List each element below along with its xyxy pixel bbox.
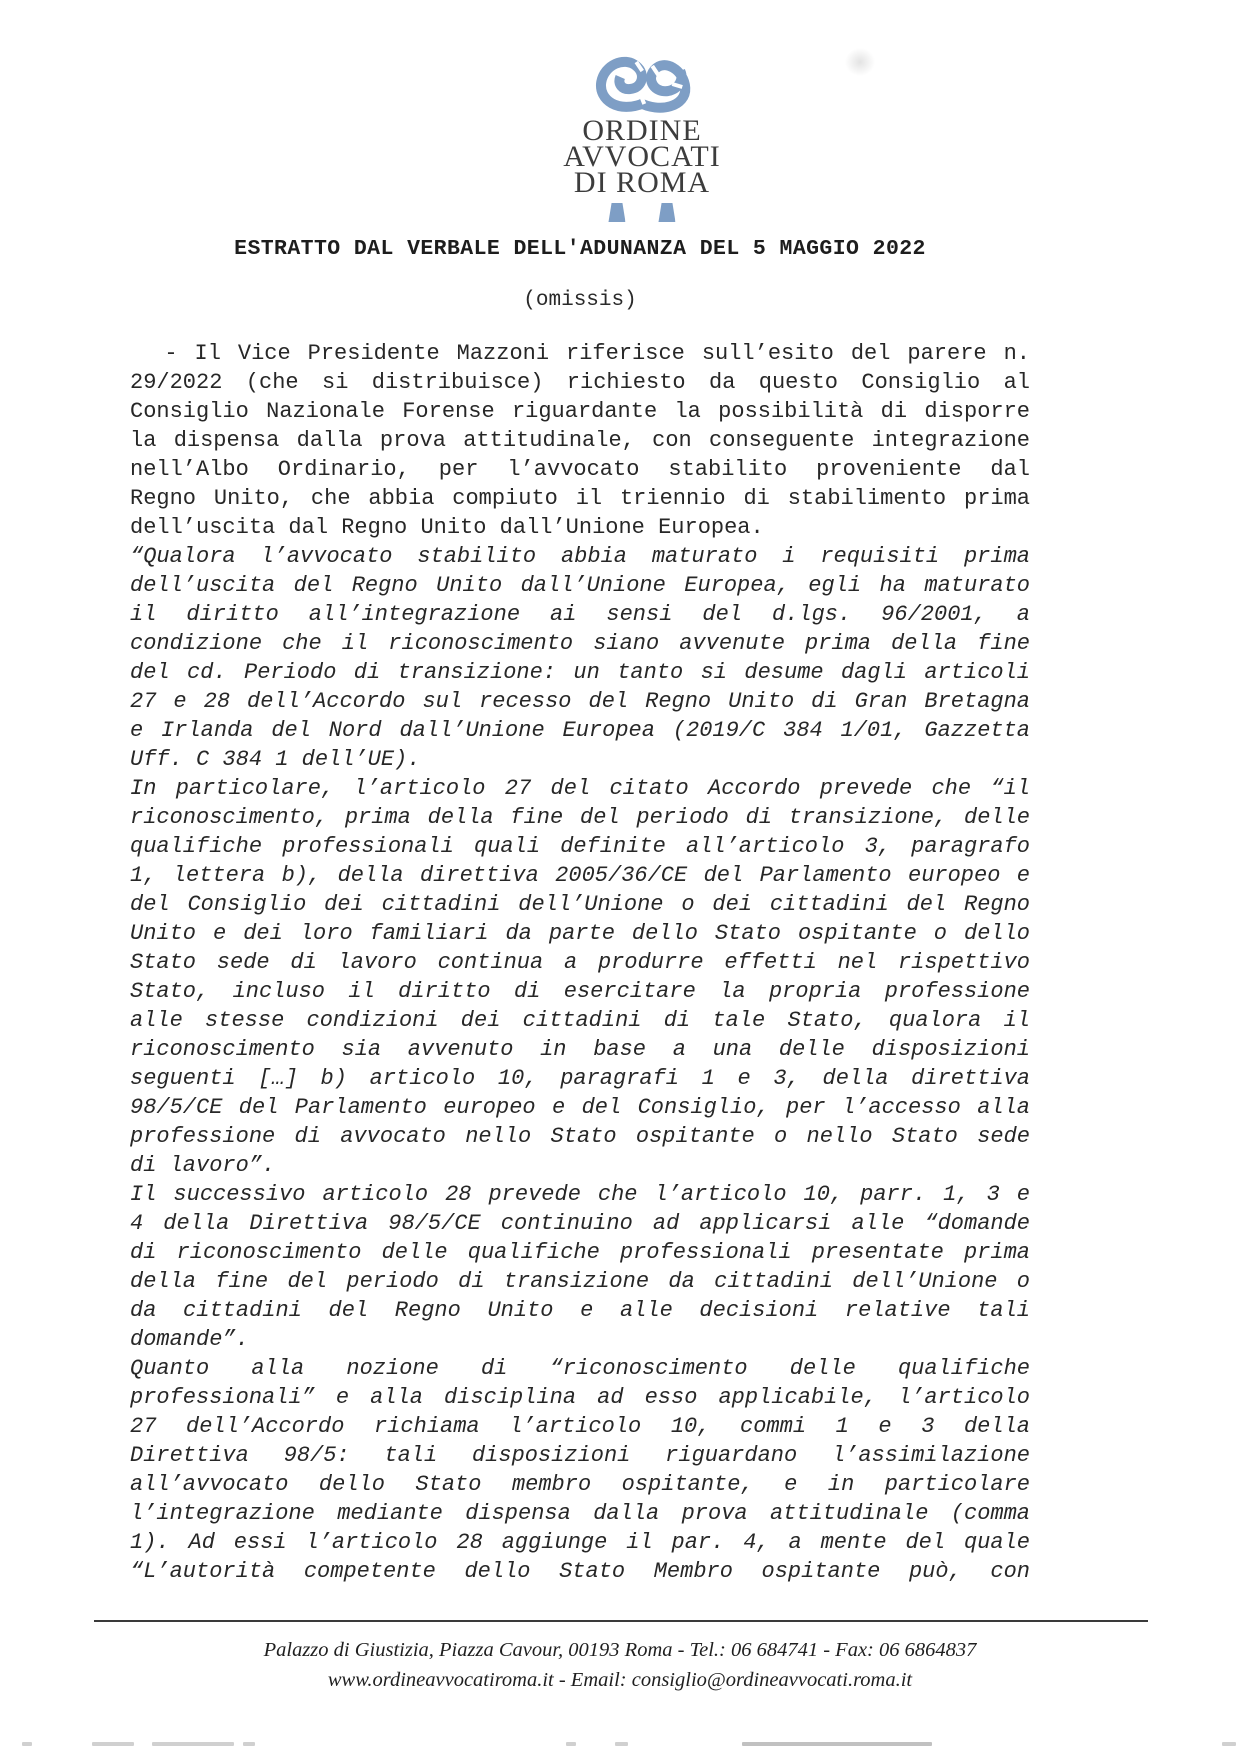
text-line: “Qualora l’avvocato stabilito abbia matu… [130,542,1030,571]
text-line: Stato sede di lavoro continua a produrre… [130,948,1030,977]
scan-artifact [22,1742,32,1746]
text-line: 4 della Direttiva 98/5/CE continuino ad … [130,1209,1030,1238]
text-line: Consiglio Nazionale Forense riguardante … [130,397,1030,426]
scan-artifact [1222,1742,1236,1746]
text-line: 27 dell’Accordo richiama l’articolo 10, … [130,1412,1030,1441]
text-line: alle stesse condizioni dei cittadini di … [130,1006,1030,1035]
text-line: 27 e 28 dell’Accordo sul recesso del Reg… [130,687,1030,716]
document-body: - Il Vice Presidente Mazzoni riferisce s… [130,339,1030,1586]
logo: ORDINE AVVOCATI DI ROMA [563,50,720,222]
text-line: dell’uscita del Regno Unito dall’Unione … [130,571,1030,600]
text-line: della fine del periodo di transizione da… [130,1267,1030,1296]
text-line: nell’Albo Ordinario, per l’avvocato stab… [130,455,1030,484]
logo-pillar-right-icon [659,203,676,222]
text-line: Regno Unito, che abbia compiuto il trien… [130,484,1030,513]
paragraph: “Qualora l’avvocato stabilito abbia matu… [130,542,1030,774]
text-line: all’avvocato dello Stato membro ospitant… [130,1470,1030,1499]
text-line: condizione che il riconoscimento siano a… [130,629,1030,658]
text-line: Quanto alla nozione di “riconoscimento d… [130,1354,1030,1383]
text-line: qualifiche professionali quali definite … [130,832,1030,861]
text-line: seguenti […] b) articolo 10, paragrafi 1… [130,1064,1030,1093]
text-line: da cittadini del Regno Unito e alle deci… [130,1296,1030,1325]
text-line: di riconoscimento delle qualifiche profe… [130,1238,1030,1267]
text-line: Unito e dei loro familiari da parte dell… [130,919,1030,948]
knot-logo-icon [592,50,692,116]
logo-line: DI ROMA [563,170,720,196]
text-line: l’integrazione mediante dispensa dalla p… [130,1499,1030,1528]
text-line: - Il Vice Presidente Mazzoni riferisce s… [130,339,1030,368]
paragraph: Quanto alla nozione di “riconoscimento d… [130,1354,1030,1586]
text-line: domande”. [130,1325,1030,1354]
paragraph: - Il Vice Presidente Mazzoni riferisce s… [130,339,1030,542]
paragraph: In particolare, l’articolo 27 del citato… [130,774,1030,1180]
page-footer: Palazzo di Giustizia, Piazza Cavour, 001… [0,1635,1240,1695]
logo-org-name: ORDINE AVVOCATI DI ROMA [563,118,720,196]
text-line: la dispensa dalla prova attitudinale, co… [130,426,1030,455]
footer-web-email: www.ordineavvocatiroma.it - Email: consi… [0,1665,1240,1695]
text-line: riconoscimento sia avvenuto in base a un… [130,1035,1030,1064]
scan-smudge [845,48,875,76]
scan-artifact [615,1742,628,1746]
text-line: professionali” e alla disciplina ad esso… [130,1383,1030,1412]
text-line: di lavoro”. [130,1151,1030,1180]
scan-artifact [566,1742,576,1746]
text-line: il diritto all’integrazione ai sensi del… [130,600,1030,629]
footer-address: Palazzo di Giustizia, Piazza Cavour, 001… [0,1635,1240,1665]
text-line: “L’autorità competente dello Stato Membr… [130,1557,1030,1586]
text-line: professione di avvocato nello Stato ospi… [130,1122,1030,1151]
text-line: 98/5/CE del Parlamento europeo e del Con… [130,1093,1030,1122]
text-line: 1). Ad essi l’articolo 28 aggiunge il pa… [130,1528,1030,1557]
scan-artifact [152,1742,234,1746]
scan-artifact [243,1742,255,1746]
text-line: riconoscimento, prima della fine del per… [130,803,1030,832]
text-line: In particolare, l’articolo 27 del citato… [130,774,1030,803]
text-line: Direttiva 98/5: tali disposizioni riguar… [130,1441,1030,1470]
text-line: Uff. C 384 1 dell’UE). [130,745,1030,774]
text-line: del cd. Periodo di transizione: un tanto… [130,658,1030,687]
logo-pillars [609,203,676,222]
scan-artifact [92,1742,134,1746]
document-page: ORDINE AVVOCATI DI ROMA ESTRATTO DAL VER… [0,0,1240,1753]
text-line: 1, lettera b), della direttiva 2005/36/C… [130,861,1030,890]
text-line: dell’uscita dal Regno Unito dall’Unione … [130,513,1030,542]
scan-artifact [742,1742,932,1746]
document-title: ESTRATTO DAL VERBALE DELL'ADUNANZA DEL 5… [130,237,1030,261]
text-line: 29/2022 (che si distribuisce) richiesto … [130,368,1030,397]
omissis-label: (omissis) [130,289,1030,312]
paragraph: Il successivo articolo 28 prevede che l’… [130,1180,1030,1354]
logo-pillar-left-icon [609,203,626,222]
footer-divider [94,1620,1148,1622]
text-line: del Consiglio dei cittadini dell’Unione … [130,890,1030,919]
text-line: e Irlanda del Nord dall’Unione Europea (… [130,716,1030,745]
text-line: Il successivo articolo 28 prevede che l’… [130,1180,1030,1209]
text-line: Stato, incluso il diritto di esercitare … [130,977,1030,1006]
